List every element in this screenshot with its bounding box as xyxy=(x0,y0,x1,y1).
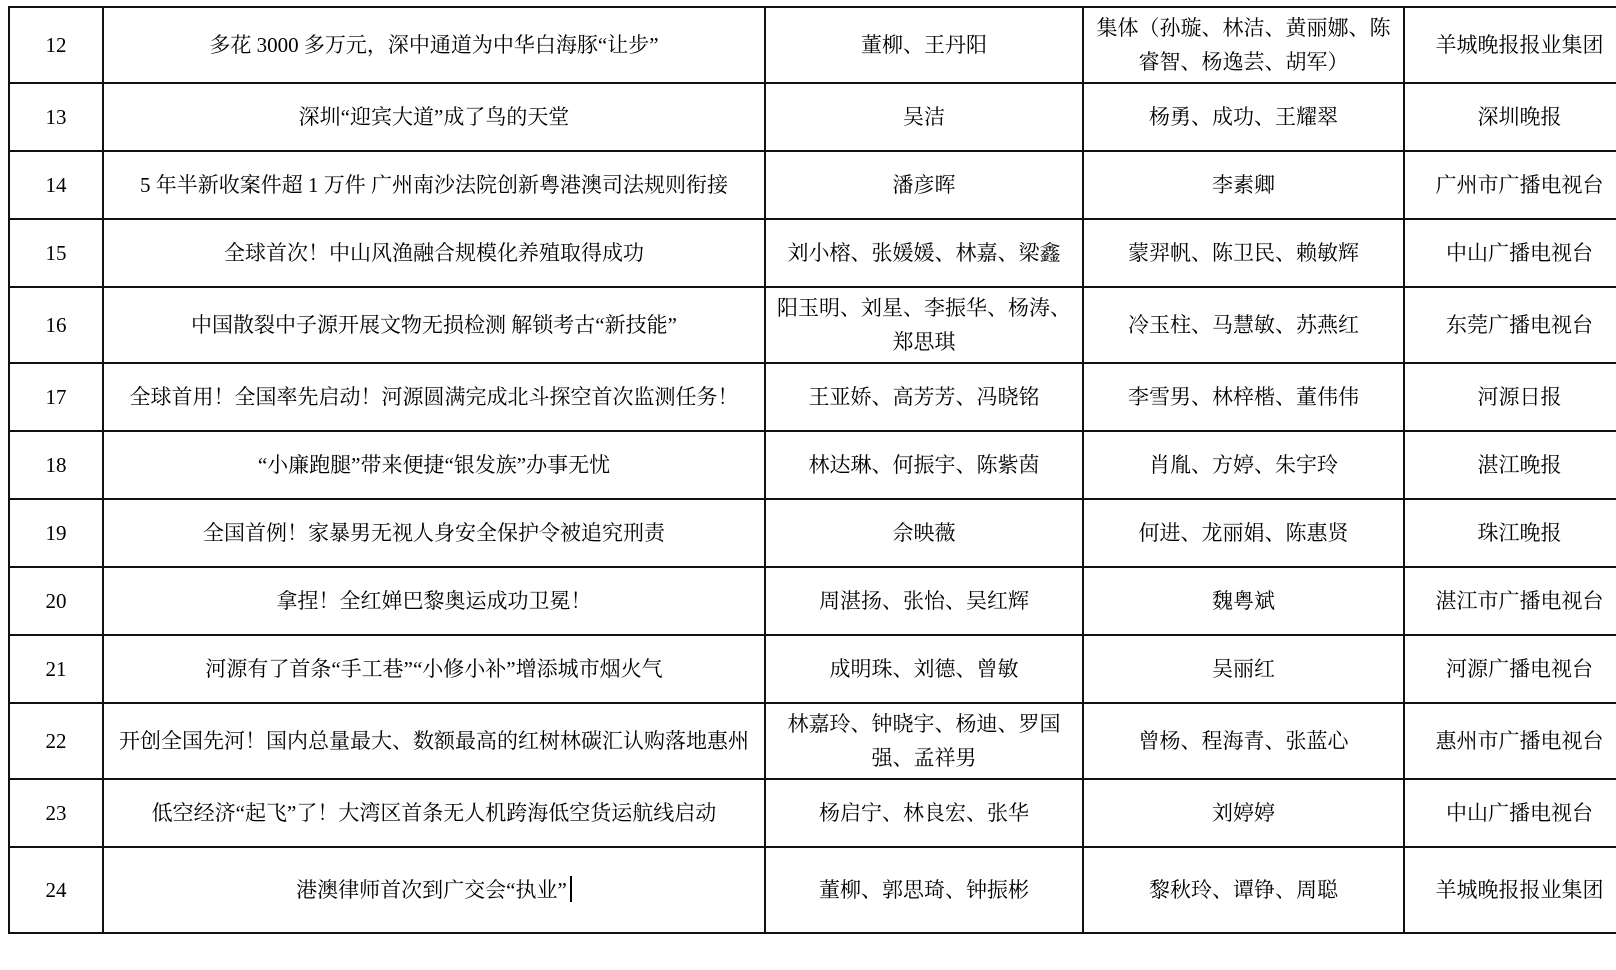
cell-index[interactable]: 23 xyxy=(9,779,103,847)
cell-editors[interactable]: 李素卿 xyxy=(1083,151,1404,219)
cell-organization[interactable]: 河源日报 xyxy=(1404,363,1616,431)
cell-organization[interactable]: 湛江晚报 xyxy=(1404,431,1616,499)
cell-title[interactable]: 低空经济“起飞”了！大湾区首条无人机跨海低空货运航线启动 xyxy=(103,779,765,847)
table-row: 17全球首用！全国率先启动！河源圆满完成北斗探空首次监测任务！王亚娇、高芳芳、冯… xyxy=(9,363,1616,431)
cell-title[interactable]: 全球首次！中山风渔融合规模化养殖取得成功 xyxy=(103,219,765,287)
cell-organization[interactable]: 湛江市广播电视台 xyxy=(1404,567,1616,635)
table-row: 13深圳“迎宾大道”成了鸟的天堂吴洁杨勇、成功、王耀翠深圳晚报 xyxy=(9,83,1616,151)
cell-index[interactable]: 14 xyxy=(9,151,103,219)
cell-editors[interactable]: 蒙羿帆、陈卫民、赖敏辉 xyxy=(1083,219,1404,287)
cell-index[interactable]: 20 xyxy=(9,567,103,635)
cell-index[interactable]: 13 xyxy=(9,83,103,151)
cell-authors[interactable]: 董柳、王丹阳 xyxy=(765,7,1083,83)
cell-title[interactable]: 5 年半新收案件超 1 万件 广州南沙法院创新粤港澳司法规则衔接 xyxy=(103,151,765,219)
cell-editors[interactable]: 肖胤、方婷、朱宇玲 xyxy=(1083,431,1404,499)
cell-index[interactable]: 18 xyxy=(9,431,103,499)
cell-index[interactable]: 22 xyxy=(9,703,103,779)
table-row: 24港澳律师首次到广交会“执业”董柳、郭思琦、钟振彬黎秋玲、谭铮、周聪羊城晚报报… xyxy=(9,847,1616,933)
cell-editors[interactable]: 吴丽红 xyxy=(1083,635,1404,703)
cell-authors[interactable]: 成明珠、刘德、曾敏 xyxy=(765,635,1083,703)
table-row: 12多花 3000 多万元，深中通道为中华白海豚“让步”董柳、王丹阳集体（孙璇、… xyxy=(9,7,1616,83)
cell-title[interactable]: 全球首用！全国率先启动！河源圆满完成北斗探空首次监测任务！ xyxy=(103,363,765,431)
cell-index[interactable]: 24 xyxy=(9,847,103,933)
awards-table: 12多花 3000 多万元，深中通道为中华白海豚“让步”董柳、王丹阳集体（孙璇、… xyxy=(8,6,1616,934)
table-row: 18“小廉跑腿”带来便捷“银发族”办事无忧林达琳、何振宇、陈紫茵肖胤、方婷、朱宇… xyxy=(9,431,1616,499)
cell-index[interactable]: 21 xyxy=(9,635,103,703)
cell-organization[interactable]: 深圳晚报 xyxy=(1404,83,1616,151)
cell-index[interactable]: 15 xyxy=(9,219,103,287)
cell-authors[interactable]: 佘映薇 xyxy=(765,499,1083,567)
cell-index[interactable]: 16 xyxy=(9,287,103,363)
cell-authors[interactable]: 林嘉玲、钟晓宇、杨迪、罗国强、孟祥男 xyxy=(765,703,1083,779)
cell-index[interactable]: 17 xyxy=(9,363,103,431)
cell-authors[interactable]: 杨启宁、林良宏、张华 xyxy=(765,779,1083,847)
cell-organization[interactable]: 广州市广播电视台 xyxy=(1404,151,1616,219)
cell-authors[interactable]: 林达琳、何振宇、陈紫茵 xyxy=(765,431,1083,499)
cell-title[interactable]: 中国散裂中子源开展文物无损检测 解锁考古“新技能” xyxy=(103,287,765,363)
cell-organization[interactable]: 羊城晚报报业集团 xyxy=(1404,7,1616,83)
table-row: 15全球首次！中山风渔融合规模化养殖取得成功刘小榕、张媛媛、林嘉、梁鑫蒙羿帆、陈… xyxy=(9,219,1616,287)
cell-editors[interactable]: 集体（孙璇、林洁、黄丽娜、陈睿智、杨逸芸、胡军） xyxy=(1083,7,1404,83)
cell-editors[interactable]: 李雪男、林梓楷、董伟伟 xyxy=(1083,363,1404,431)
cell-authors[interactable]: 刘小榕、张媛媛、林嘉、梁鑫 xyxy=(765,219,1083,287)
cell-title[interactable]: “小廉跑腿”带来便捷“银发族”办事无忧 xyxy=(103,431,765,499)
cell-title[interactable]: 全国首例！家暴男无视人身安全保护令被追究刑责 xyxy=(103,499,765,567)
cell-organization[interactable]: 河源广播电视台 xyxy=(1404,635,1616,703)
cell-editors[interactable]: 刘婷婷 xyxy=(1083,779,1404,847)
cell-title[interactable]: 开创全国先河！国内总量最大、数额最高的红树林碳汇认购落地惠州 xyxy=(103,703,765,779)
cell-title[interactable]: 河源有了首条“手工巷”“小修小补”增添城市烟火气 xyxy=(103,635,765,703)
cell-authors[interactable]: 潘彦晖 xyxy=(765,151,1083,219)
text-cursor xyxy=(570,876,572,902)
cell-authors[interactable]: 王亚娇、高芳芳、冯晓铭 xyxy=(765,363,1083,431)
cell-organization[interactable]: 中山广播电视台 xyxy=(1404,779,1616,847)
cell-editors[interactable]: 黎秋玲、谭铮、周聪 xyxy=(1083,847,1404,933)
cell-authors[interactable]: 吴洁 xyxy=(765,83,1083,151)
cell-title[interactable]: 拿捏！全红婵巴黎奥运成功卫冕！ xyxy=(103,567,765,635)
table-row: 145 年半新收案件超 1 万件 广州南沙法院创新粤港澳司法规则衔接潘彦晖李素卿… xyxy=(9,151,1616,219)
cell-organization[interactable]: 惠州市广播电视台 xyxy=(1404,703,1616,779)
cell-authors[interactable]: 周湛扬、张怡、吴红辉 xyxy=(765,567,1083,635)
cell-index[interactable]: 19 xyxy=(9,499,103,567)
cell-authors[interactable]: 董柳、郭思琦、钟振彬 xyxy=(765,847,1083,933)
cell-title[interactable]: 深圳“迎宾大道”成了鸟的天堂 xyxy=(103,83,765,151)
table-row: 23低空经济“起飞”了！大湾区首条无人机跨海低空货运航线启动杨启宁、林良宏、张华… xyxy=(9,779,1616,847)
cell-editors[interactable]: 魏粤斌 xyxy=(1083,567,1404,635)
cell-organization[interactable]: 珠江晚报 xyxy=(1404,499,1616,567)
cell-editors[interactable]: 冷玉柱、马慧敏、苏燕红 xyxy=(1083,287,1404,363)
table-row: 21河源有了首条“手工巷”“小修小补”增添城市烟火气成明珠、刘德、曾敏吴丽红河源… xyxy=(9,635,1616,703)
table-row: 22开创全国先河！国内总量最大、数额最高的红树林碳汇认购落地惠州林嘉玲、钟晓宇、… xyxy=(9,703,1616,779)
table-row: 19全国首例！家暴男无视人身安全保护令被追究刑责佘映薇何进、龙丽娟、陈惠贤珠江晚… xyxy=(9,499,1616,567)
table-row: 16中国散裂中子源开展文物无损检测 解锁考古“新技能”阳玉明、刘星、李振华、杨涛… xyxy=(9,287,1616,363)
cell-title[interactable]: 多花 3000 多万元，深中通道为中华白海豚“让步” xyxy=(103,7,765,83)
cell-editors[interactable]: 杨勇、成功、王耀翠 xyxy=(1083,83,1404,151)
cell-title[interactable]: 港澳律师首次到广交会“执业” xyxy=(103,847,765,933)
table-row: 20拿捏！全红婵巴黎奥运成功卫冕！周湛扬、张怡、吴红辉魏粤斌湛江市广播电视台 xyxy=(9,567,1616,635)
cell-organization[interactable]: 羊城晚报报业集团 xyxy=(1404,847,1616,933)
table-body: 12多花 3000 多万元，深中通道为中华白海豚“让步”董柳、王丹阳集体（孙璇、… xyxy=(9,7,1616,933)
cell-editors[interactable]: 何进、龙丽娟、陈惠贤 xyxy=(1083,499,1404,567)
cell-organization[interactable]: 东莞广播电视台 xyxy=(1404,287,1616,363)
cell-authors[interactable]: 阳玉明、刘星、李振华、杨涛、郑思琪 xyxy=(765,287,1083,363)
cell-editors[interactable]: 曾杨、程海青、张蓝心 xyxy=(1083,703,1404,779)
cell-organization[interactable]: 中山广播电视台 xyxy=(1404,219,1616,287)
cell-index[interactable]: 12 xyxy=(9,7,103,83)
